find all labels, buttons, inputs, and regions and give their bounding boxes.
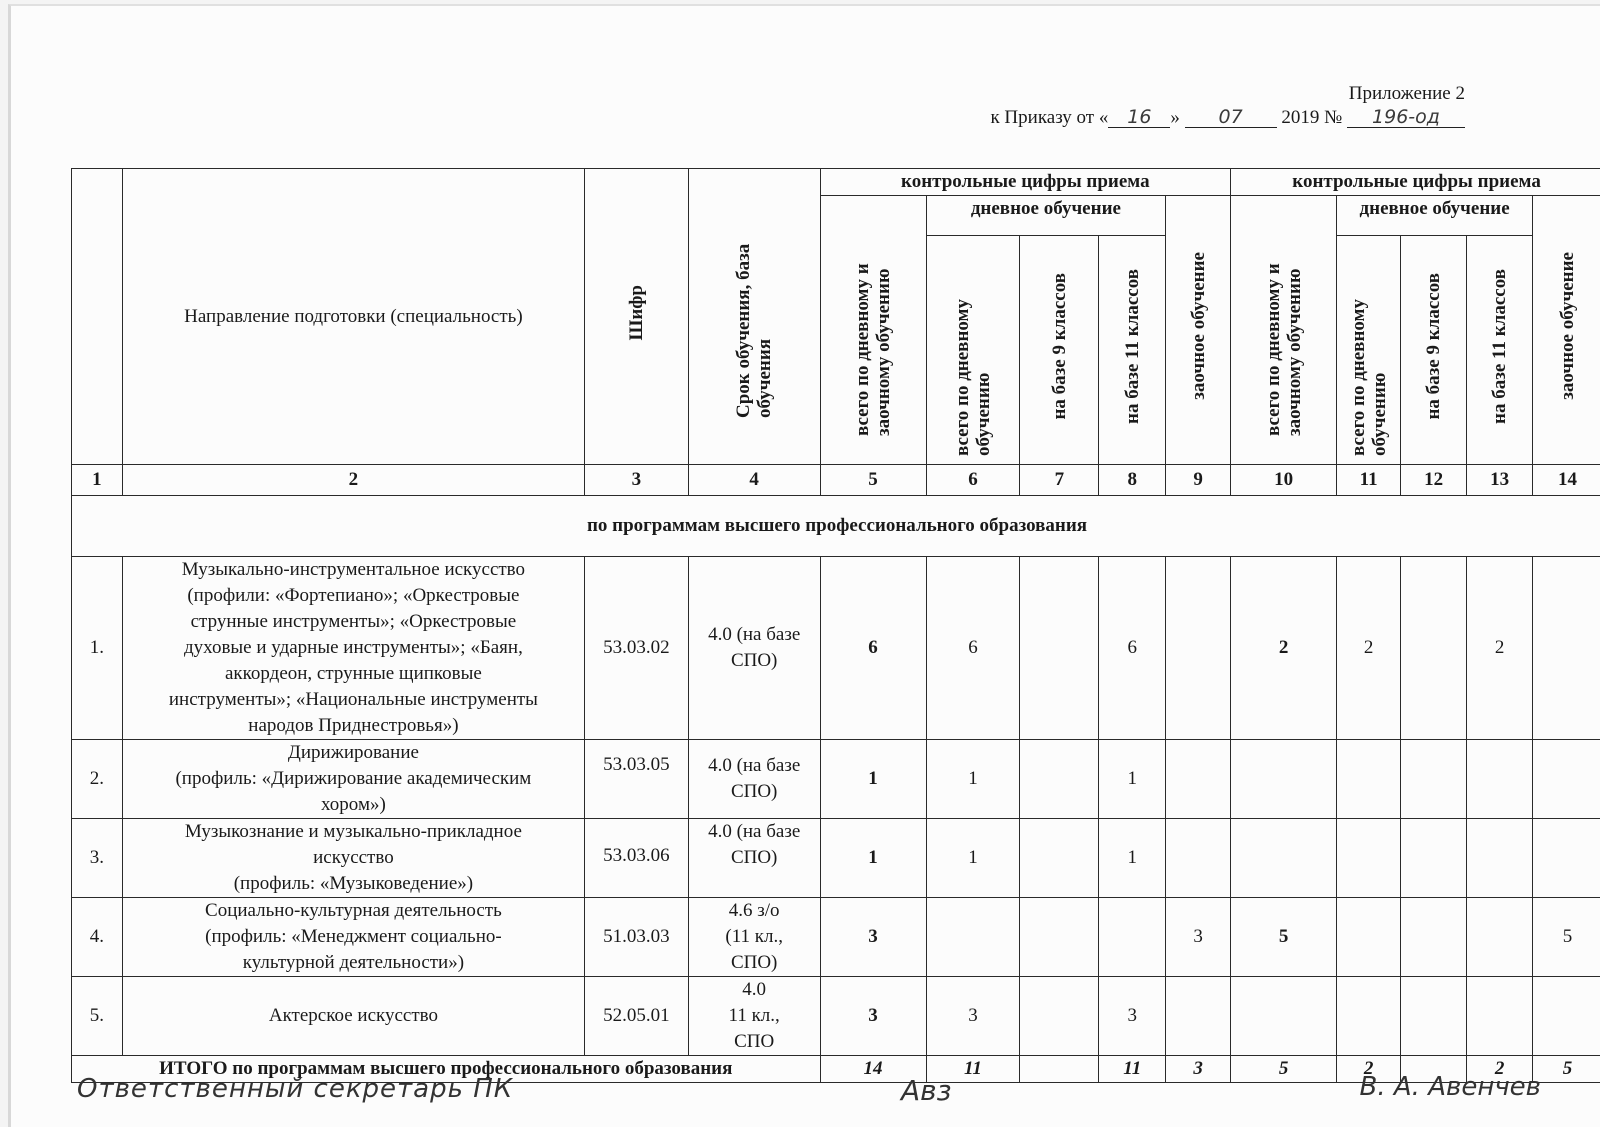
value-c11: 2 <box>1337 557 1401 740</box>
value-c7 <box>1020 740 1099 819</box>
value-c14 <box>1533 819 1600 898</box>
value-c10: 2 <box>1231 557 1337 740</box>
order-header: Приложение 2 к Приказу от «16» 07 2019 №… <box>990 82 1465 130</box>
direction-name: Музыкально-инструментальное искусство(пр… <box>122 557 584 740</box>
column-number: 11 <box>1337 465 1401 496</box>
value-c6: 3 <box>926 977 1020 1056</box>
table-row: 1.Музыкально-инструментальное искусство(… <box>72 557 1600 740</box>
value-c5: 6 <box>820 557 926 740</box>
order-number: 196-од <box>1347 107 1465 128</box>
admission-table: Направление подготовки (специальность) Ш… <box>71 168 1600 1083</box>
column-number: 10 <box>1231 465 1337 496</box>
header-day-1: дневное обучение <box>926 196 1166 236</box>
value-c5: 3 <box>820 977 926 1056</box>
value-c5: 3 <box>820 898 926 977</box>
column-number: 1 <box>72 465 123 496</box>
column-number: 2 <box>122 465 584 496</box>
value-c8: 1 <box>1099 819 1166 898</box>
appendix-label: Приложение 2 <box>990 82 1465 106</box>
header-code: Шифр <box>626 285 647 341</box>
header-group-1: контрольные цифры приема <box>820 169 1231 196</box>
value-c10 <box>1231 977 1337 1056</box>
value-c12 <box>1401 898 1467 977</box>
direction-name: Социально-культурная деятельность(профил… <box>122 898 584 977</box>
row-number: 3. <box>72 819 123 898</box>
value-c10 <box>1231 740 1337 819</box>
code: 53.03.06 <box>585 819 689 898</box>
document-page: Приложение 2 к Приказу от «16» 07 2019 №… <box>8 4 1600 1127</box>
header-direction: Направление подготовки (специальность) <box>122 169 584 465</box>
table-row: 5.Актерское искусство52.05.014.011 кл.,С… <box>72 977 1600 1056</box>
table-row: 2.Дирижирование(профиль: «Дирижирование … <box>72 740 1600 819</box>
value-c12 <box>1401 977 1467 1056</box>
direction-name: Дирижирование(профиль: «Дирижирование ак… <box>122 740 584 819</box>
row-number: 5. <box>72 977 123 1056</box>
value-c13 <box>1467 740 1533 819</box>
code: 53.03.05 <box>585 740 689 819</box>
study-term: 4.0 (на базеСПО) <box>688 819 820 898</box>
value-c6: 1 <box>926 740 1020 819</box>
value-c7 <box>1020 898 1099 977</box>
value-c5: 1 <box>820 740 926 819</box>
value-c7 <box>1020 819 1099 898</box>
value-c10 <box>1231 819 1337 898</box>
column-number: 12 <box>1401 465 1467 496</box>
code: 53.03.02 <box>585 557 689 740</box>
value-c9 <box>1166 740 1231 819</box>
row-number: 1. <box>72 557 123 740</box>
value-c12 <box>1401 740 1467 819</box>
value-c12 <box>1401 819 1467 898</box>
column-number: 5 <box>820 465 926 496</box>
signatures: Ответственный секретарь ПК Авз В. А. Аве… <box>71 1064 1551 1124</box>
table-row: 3.Музыкознание и музыкально-прикладноеис… <box>72 819 1600 898</box>
row-number: 2. <box>72 740 123 819</box>
table-row: 4.Социально-культурная деятельность(проф… <box>72 898 1600 977</box>
header-term: Срок обучения, база обучения <box>733 208 775 418</box>
value-c9 <box>1166 557 1231 740</box>
value-c13 <box>1467 819 1533 898</box>
column-number: 8 <box>1099 465 1166 496</box>
value-c13 <box>1467 977 1533 1056</box>
value-c11 <box>1337 819 1401 898</box>
order-month: 07 <box>1185 107 1277 128</box>
column-number: 3 <box>585 465 689 496</box>
value-c9 <box>1166 977 1231 1056</box>
value-c11 <box>1337 977 1401 1056</box>
value-c6: 1 <box>926 819 1020 898</box>
column-number: 9 <box>1166 465 1231 496</box>
code: 51.03.03 <box>585 898 689 977</box>
signature-name: В. А. Авенчев <box>1360 1072 1541 1102</box>
header-day-2: дневное обучение <box>1337 196 1533 236</box>
value-c11 <box>1337 898 1401 977</box>
column-number: 14 <box>1533 465 1600 496</box>
value-c13 <box>1467 898 1533 977</box>
value-c5: 1 <box>820 819 926 898</box>
value-c7 <box>1020 557 1099 740</box>
code: 52.05.01 <box>585 977 689 1056</box>
section-title: по программам высшего профессионального … <box>72 496 1600 557</box>
value-c10: 5 <box>1231 898 1337 977</box>
row-number: 4. <box>72 898 123 977</box>
direction-name: Музыкознание и музыкально-прикладноеиску… <box>122 819 584 898</box>
header-group-2: контрольные цифры приема <box>1231 169 1600 196</box>
study-term: 4.0 (на базеСПО) <box>688 557 820 740</box>
value-c8: 3 <box>1099 977 1166 1056</box>
column-number: 7 <box>1020 465 1099 496</box>
value-c8: 6 <box>1099 557 1166 740</box>
signature-mark: Авз <box>901 1074 952 1107</box>
value-c13: 2 <box>1467 557 1533 740</box>
value-c7 <box>1020 977 1099 1056</box>
value-c14 <box>1533 977 1600 1056</box>
column-number: 4 <box>688 465 820 496</box>
column-number-row: 1234567891011121314 <box>72 465 1600 496</box>
value-c14 <box>1533 740 1600 819</box>
value-c8: 1 <box>1099 740 1166 819</box>
order-reference: к Приказу от «16» 07 2019 № 196-од <box>990 106 1465 130</box>
study-term: 4.011 кл.,СПО <box>688 977 820 1056</box>
study-term: 4.6 з/о(11 кл.,СПО) <box>688 898 820 977</box>
value-c11 <box>1337 740 1401 819</box>
value-c6 <box>926 898 1020 977</box>
study-term: 4.0 (на базеСПО) <box>688 740 820 819</box>
value-c9 <box>1166 819 1231 898</box>
value-c6: 6 <box>926 557 1020 740</box>
value-c12 <box>1401 557 1467 740</box>
value-c9: 3 <box>1166 898 1231 977</box>
direction-name: Актерское искусство <box>122 977 584 1056</box>
value-c8 <box>1099 898 1166 977</box>
column-number: 13 <box>1467 465 1533 496</box>
value-c14: 5 <box>1533 898 1600 977</box>
signature-secretary-title: Ответственный секретарь ПК <box>77 1074 513 1104</box>
value-c14 <box>1533 557 1600 740</box>
order-day: 16 <box>1108 107 1170 128</box>
column-number: 6 <box>926 465 1020 496</box>
